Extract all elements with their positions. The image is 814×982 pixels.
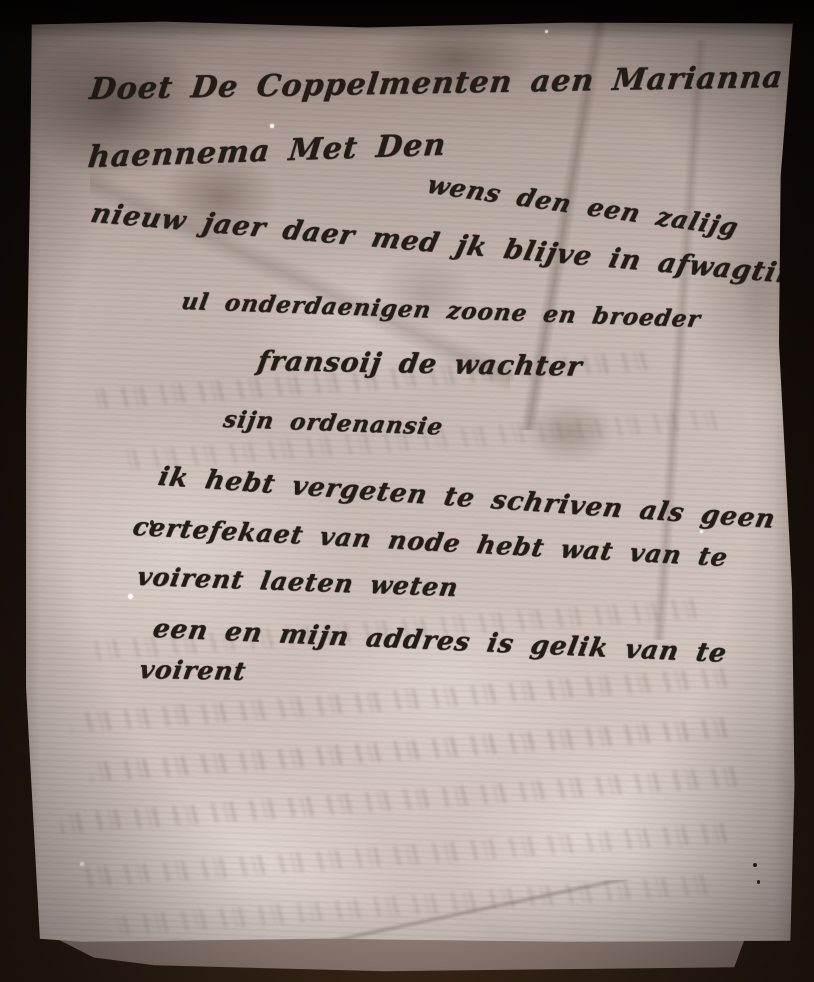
handwriting-layer: Doet De Coppelmenten aen Marianna haenne… [0, 0, 814, 982]
ink-speck [757, 880, 760, 884]
handwriting-line: voirent laeten weten [135, 562, 461, 602]
paper-highlight-speck [128, 594, 133, 599]
ink-speck [150, 520, 154, 526]
handwriting-line: ul onderdaenigen zoone en broeder [179, 288, 703, 333]
paper-highlight-speck [80, 862, 84, 866]
handwriting-line: haennema Met Den [86, 127, 448, 175]
ink-speck [753, 863, 757, 867]
paper-highlight-speck [700, 530, 703, 533]
paper-highlight-speck [270, 124, 274, 128]
handwriting-line: sijn ordenansie [221, 406, 445, 441]
handwriting-line: voirent [137, 655, 248, 686]
letter-paper: Doet De Coppelmenten aen Marianna haenne… [0, 0, 814, 982]
photo-background: Doet De Coppelmenten aen Marianna haenne… [0, 0, 814, 982]
handwriting-line: Doet De Coppelmenten aen Marianna [88, 60, 785, 107]
paper-highlight-speck [545, 30, 548, 33]
handwriting-line: fransoij de wachter [255, 346, 585, 383]
